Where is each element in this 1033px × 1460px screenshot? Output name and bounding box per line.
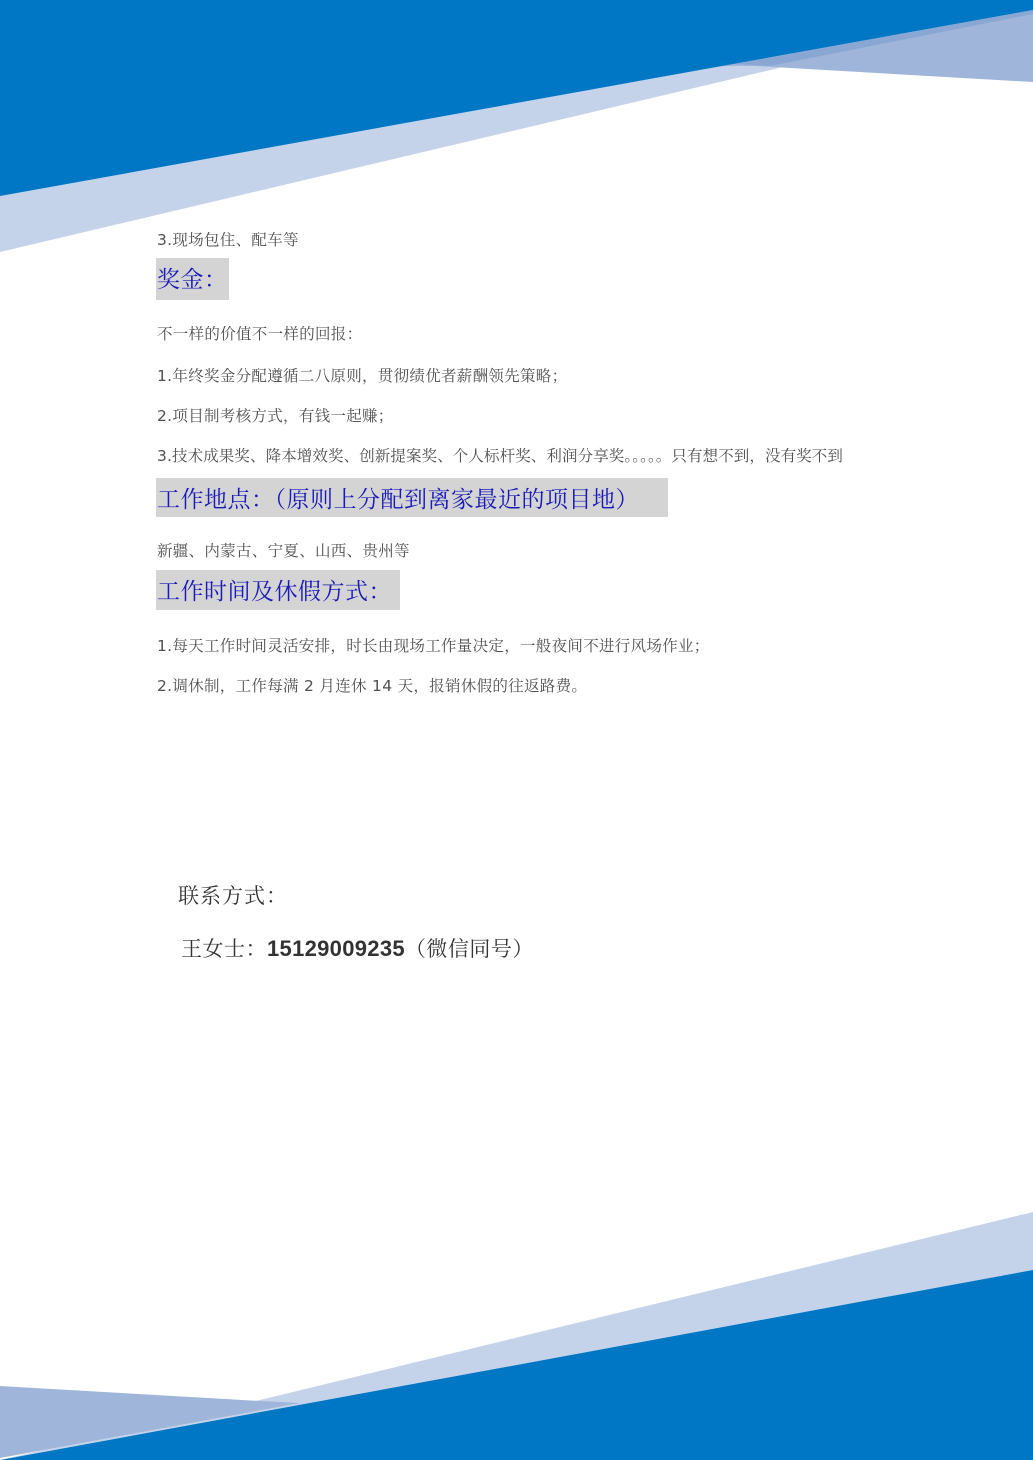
- schedule-item-2: 2.调休制，工作每满 2 月连休 14 天，报销休假的往返路费。: [157, 674, 587, 696]
- primary-blue-shape: [0, 1270, 1033, 1460]
- work-locations-list: 新疆、内蒙古、宁夏、山西、贵州等: [157, 539, 410, 561]
- medium-band-shape: [365, 0, 1033, 82]
- light-band-shape: [0, 0, 1033, 252]
- bonus-item-2: 2.项目制考核方式，有钱一起赚；: [157, 404, 394, 426]
- contact-person: 王女士：: [181, 937, 267, 961]
- contact-label: 联系方式：: [178, 880, 288, 910]
- bonus-item-1: 1.年终奖金分配遵循二八原则，贯彻绩优者薪酬领先策略；: [157, 364, 567, 386]
- primary-blue-shape: [0, 0, 1033, 196]
- schedule-item-1: 1.每天工作时间灵活安排，时长由现场工作量决定，一般夜间不进行风场作业；: [157, 634, 710, 656]
- contact-phone[interactable]: 15129009235: [267, 936, 405, 961]
- bonus-heading: 奖金：: [156, 258, 229, 300]
- bonus-item-3: 3.技术成果奖、降本增效奖、创新提案奖、个人标杆奖、利润分享奖。。。。。只有想不…: [157, 444, 843, 466]
- bottom-decorative-banner: [0, 1200, 1033, 1460]
- medium-band-shape: [0, 1386, 300, 1458]
- light-band-shape: [0, 1212, 1033, 1460]
- work-location-heading: 工作地点：（原则上分配到离家最近的项目地）: [156, 478, 668, 517]
- benefit-item-3: 3.现场包住、配车等: [157, 228, 299, 250]
- contact-note: （微信同号）: [405, 937, 534, 961]
- work-schedule-heading: 工作时间及休假方式：: [156, 570, 400, 610]
- contact-line: 王女士：15129009235（微信同号）: [181, 933, 534, 963]
- top-decorative-banner: [0, 0, 1033, 260]
- overlap-shape: [735, 10, 1033, 66]
- bonus-intro: 不一样的价值不一样的回报：: [157, 322, 362, 344]
